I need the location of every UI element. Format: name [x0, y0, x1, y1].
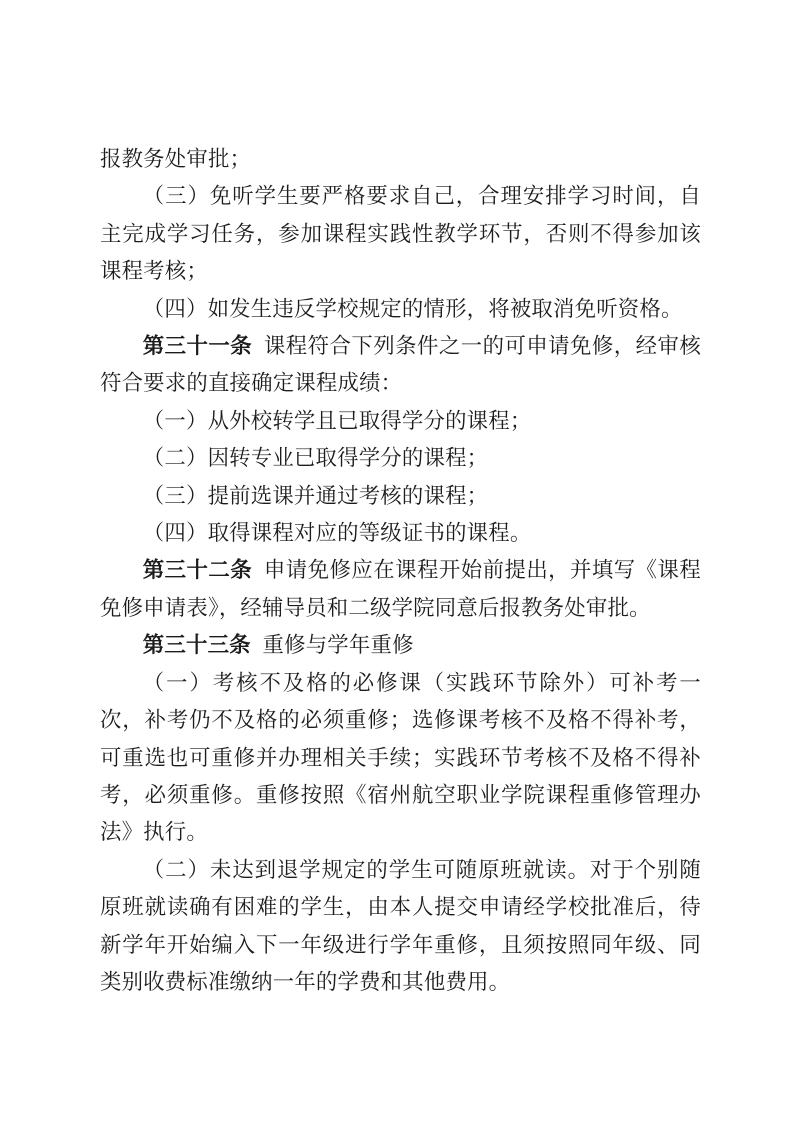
- paragraph-text: （一）从外校转学且已取得学分的课程；: [143, 409, 532, 433]
- document-page: 报教务处审批； （三）免听学生要严格要求自己，合理安排学习时间，自主完成学习任务…: [0, 0, 794, 1122]
- paragraph: （二）未达到退学规定的学生可随原班就读。对于个别随原班就读确有困难的学生，由本人…: [100, 852, 701, 1002]
- paragraph-text: （二）因转专业已取得学分的课程；: [143, 446, 488, 470]
- paragraph-text: 重修与学年重修: [263, 633, 414, 657]
- paragraph: （四）如发生违反学校规定的情形，将被取消免听资格。: [100, 291, 701, 328]
- paragraph-text: 报教务处审批；: [100, 147, 251, 171]
- paragraph-text: （二）未达到退学规定的学生可随原班就读。对于个别随原班就读确有困难的学生，由本人…: [100, 858, 701, 994]
- article-number: 第三十二条: [143, 558, 252, 582]
- paragraph-text: （三）提前选课并通过考核的课程；: [143, 484, 488, 508]
- paragraph: （一）从外校转学且已取得学分的课程；: [100, 403, 701, 440]
- paragraph: （一）考核不及格的必修课（实践环节除外）可补考一次，补考仍不及格的必须重修；选修…: [100, 665, 701, 852]
- article-number: 第三十一条: [143, 334, 252, 358]
- paragraph: （四）取得课程对应的等级证书的课程。: [100, 515, 701, 552]
- paragraph: （三）免听学生要严格要求自己，合理安排学习时间，自主完成学习任务，参加课程实践性…: [100, 178, 701, 290]
- paragraph: 报教务处审批；: [100, 141, 701, 178]
- paragraph-text: （一）考核不及格的必修课（实践环节除外）可补考一次，补考仍不及格的必须重修；选修…: [100, 671, 701, 845]
- paragraph: 第三十二条申请免修应在课程开始前提出，并填写《课程免修申请表》，经辅导员和二级学…: [100, 552, 701, 627]
- paragraph-text: （四）如发生违反学校规定的情形，将被取消免听资格。: [143, 297, 683, 321]
- paragraph: 第三十一条课程符合下列条件之一的可申请免修，经审核符合要求的直接确定课程成绩：: [100, 328, 701, 403]
- paragraph-text: （四）取得课程对应的等级证书的课程。: [143, 521, 532, 545]
- paragraph-text: （三）免听学生要严格要求自己，合理安排学习时间，自主完成学习任务，参加课程实践性…: [100, 184, 701, 283]
- article-number: 第三十三条: [143, 633, 251, 657]
- paragraph: 第三十三条重修与学年重修: [100, 627, 701, 664]
- paragraph: （二）因转专业已取得学分的课程；: [100, 440, 701, 477]
- paragraph: （三）提前选课并通过考核的课程；: [100, 478, 701, 515]
- document-body: 报教务处审批； （三）免听学生要严格要求自己，合理安排学习时间，自主完成学习任务…: [100, 141, 701, 1001]
